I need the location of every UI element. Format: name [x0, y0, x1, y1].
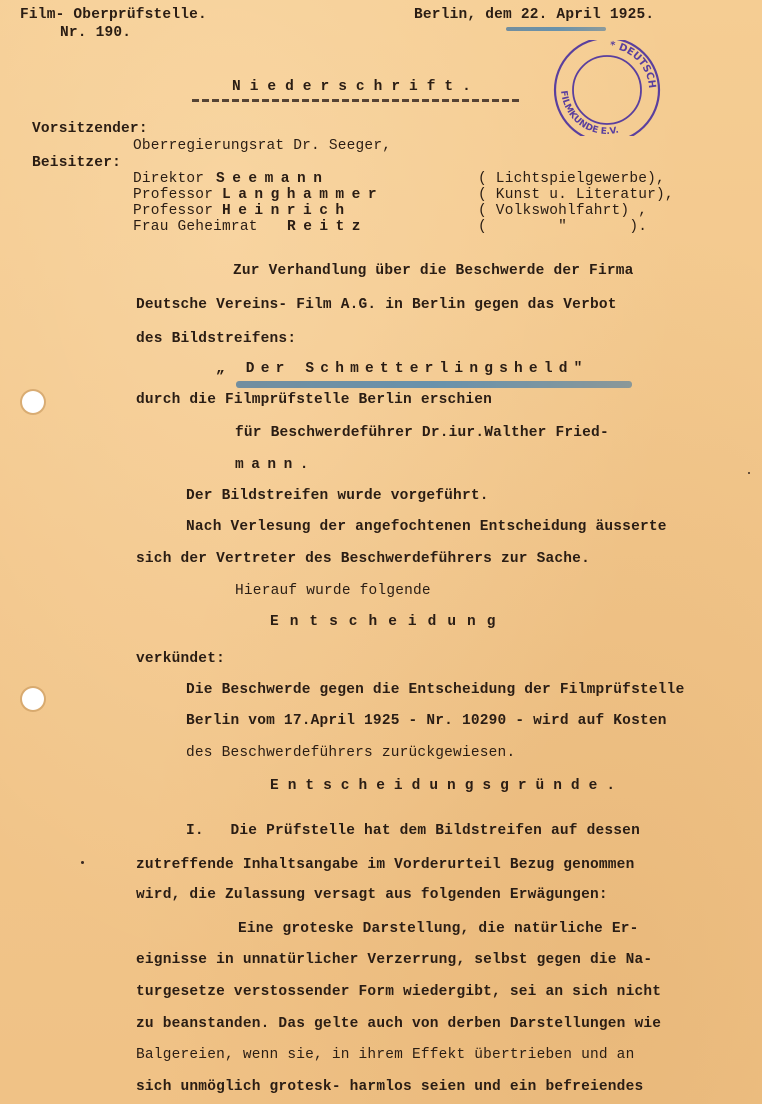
office-name: Film- Oberprüfstelle.: [20, 6, 207, 24]
punch-hole-top: [22, 391, 44, 413]
intro-line: Deutsche Vereins- Film A.G. in Berlin ge…: [136, 296, 617, 314]
appearance-line: durch die Filmprüfstelle Berlin erschien: [136, 391, 492, 409]
date-pencil-underline: [506, 27, 606, 31]
proceedings-line: Nach Verlesung der angefochtenen Entsche…: [186, 518, 667, 536]
document-title: Niederschrift.: [232, 78, 480, 96]
svg-text:FILMKUNDE E.V.: FILMKUNDE E.V.: [558, 90, 620, 136]
reasons-line: Balgereien, wenn sie, in ihrem Effekt üb…: [136, 1046, 634, 1064]
members-label: Beisitzer:: [32, 154, 121, 172]
institute-stamp: * DEUTSCHES INSTIT FILMKUNDE E.V.: [543, 40, 671, 136]
appearance-line: für Beschwerdeführer Dr.iur.Walther Frie…: [235, 424, 609, 442]
document-number: Nr. 190.: [60, 24, 131, 42]
intro-line: Zur Verhandlung über die Beschwerde der …: [233, 262, 634, 280]
reasons-heading: Entscheidungsgründe.: [270, 777, 624, 795]
document-page: Film- Oberprüfstelle. Nr. 190. Berlin, d…: [0, 0, 762, 1104]
ink-speck: [748, 472, 750, 474]
appearance-line: mann.: [235, 456, 316, 474]
punch-hole-bottom: [22, 688, 44, 710]
reasons-line: Eine groteske Darstellung, die natürlich…: [238, 920, 639, 938]
member-field: ( " ).: [478, 218, 647, 236]
reasons-line: I. Die Prüfstelle hat dem Bildstreifen a…: [186, 822, 640, 840]
decision-line: Die Beschwerde gegen die Entscheidung de…: [186, 681, 684, 699]
proceedings-line: Hierauf wurde folgende: [235, 582, 431, 600]
announced-label: verkündet:: [136, 650, 225, 668]
place-date: Berlin, dem 22. April 1925.: [414, 6, 654, 24]
chair-label: Vorsitzender:: [32, 120, 148, 138]
proceedings-line: Der Bildstreifen wurde vorgeführt.: [186, 487, 489, 505]
reasons-line: zu beanstanden. Das gelte auch von derbe…: [136, 1015, 661, 1033]
ink-speck: [81, 861, 84, 864]
member-name: Reitz: [287, 218, 368, 236]
film-title-pencil-underline: [236, 381, 632, 388]
proceedings-line: sich der Vertreter des Beschwerdeführers…: [136, 550, 590, 568]
reasons-line: eignisse in unnatürlicher Verzerrung, se…: [136, 951, 652, 969]
intro-line: des Bildstreifens:: [136, 330, 296, 348]
reasons-line: wird, die Zulassung versagt aus folgende…: [136, 886, 608, 904]
decision-heading: Entscheidung: [270, 613, 506, 631]
title-underline: [192, 99, 520, 102]
chair-name: Oberregierungsrat Dr. Seeger,: [133, 137, 391, 155]
reasons-line: zutreffende Inhaltsangabe im Vorderurtei…: [136, 856, 634, 874]
decision-line: des Beschwerdeführers zurückgewiesen.: [186, 744, 515, 762]
film-title: „ Der Schmetterlingsheld": [216, 360, 589, 378]
reasons-line: sich unmöglich grotesk- harmlos seien un…: [136, 1078, 643, 1096]
member-title: Frau Geheimrat: [133, 218, 258, 236]
reasons-line: turgesetze verstossender Form wiedergibt…: [136, 983, 661, 1001]
decision-line: Berlin vom 17.April 1925 - Nr. 10290 - w…: [186, 712, 667, 730]
